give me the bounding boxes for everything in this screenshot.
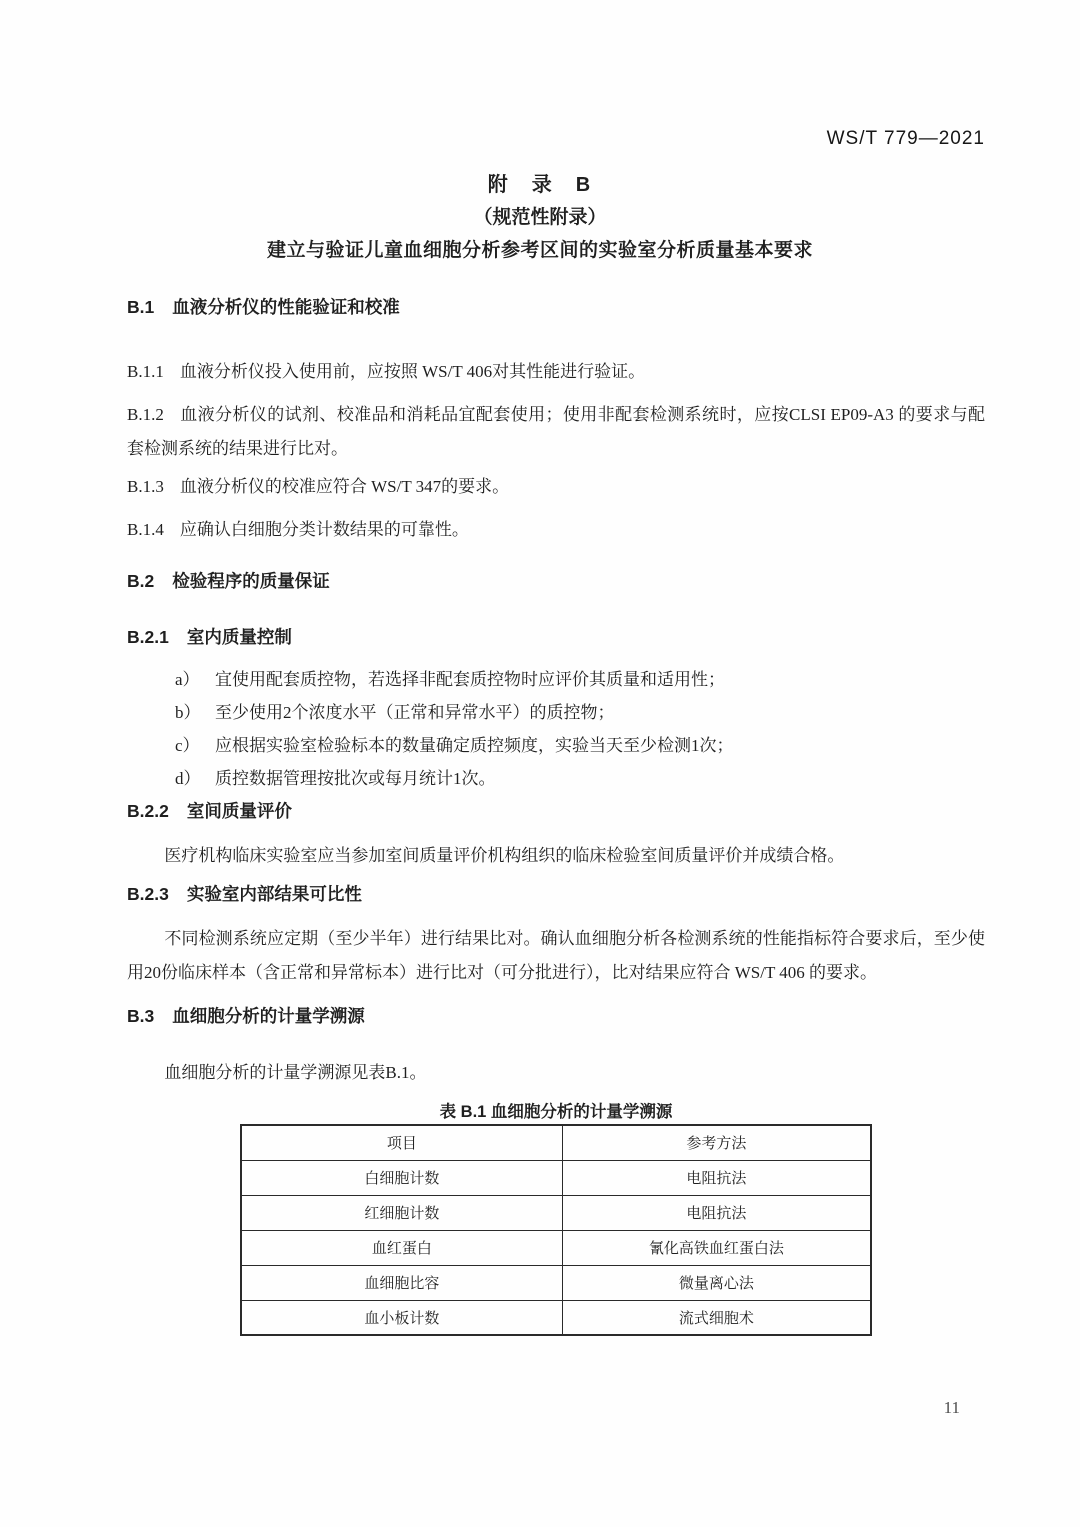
clause-text: 血液分析仪的校准应符合 WS/T 347的要求。 (180, 477, 509, 496)
list-marker: b） (175, 696, 215, 729)
list-text: 质控数据管理按批次或每月统计1次。 (215, 769, 496, 788)
section-number: B.1 (127, 295, 154, 319)
appendix-type: （规范性附录） (0, 205, 1080, 231)
table-caption: 表 B.1 血细胞分析的计量学溯源 (127, 1100, 985, 1124)
list-item: c）应根据实验室检验标本的数量确定质控频度，实验当天至少检测1次； (175, 729, 985, 762)
page-content: WS/T 779—2021 附 录 B （规范性附录） 建立与验证儿童血细胞分析… (0, 0, 1080, 1336)
clause-number: B.1.3 (127, 477, 164, 496)
page-number: 11 (944, 1398, 960, 1418)
section-b2-1-heading: B.2.1室内质量控制 (127, 625, 985, 649)
clause-b2-2-text: 医疗机构临床实验室应当参加室间质量评价机构组织的临床检验室间质量评价并成绩合格。 (127, 839, 985, 873)
section-b2-2-heading: B.2.2室间质量评价 (127, 799, 985, 823)
table-header-item: 项目 (241, 1125, 562, 1160)
clause-b3-text: 血细胞分析的计量学溯源见表B.1。 (127, 1056, 985, 1090)
list-text: 至少使用2个浓度水平（正常和异常水平）的质控物； (215, 703, 615, 722)
list-marker: a） (175, 663, 215, 696)
title-block: 附 录 B （规范性附录） 建立与验证儿童血细胞分析参考区间的实验室分析质量基本… (0, 172, 1080, 264)
section-title: 检验程序的质量保证 (172, 571, 330, 591)
section-number: B.2.2 (127, 799, 169, 823)
clause-number: B.1.4 (127, 520, 164, 539)
clause-b2-3-text: 不同检测系统应定期（至少半年）进行结果比对。确认血细胞分析各检测系统的性能指标符… (127, 922, 985, 990)
table-cell-item: 血细胞比容 (241, 1265, 562, 1300)
clause-text: 应确认白细胞分类计数结果的可靠性。 (180, 520, 469, 539)
clause-b1-1: B.1.1血液分析仪投入使用前，应按照 WS/T 406对其性能进行验证。 (127, 355, 985, 389)
section-b1-heading: B.1血液分析仪的性能验证和校准 (127, 295, 985, 319)
standard-code: WS/T 779—2021 (127, 128, 985, 150)
table-cell-item: 白细胞计数 (241, 1160, 562, 1195)
list-text: 宜使用配套质控物，若选择非配套质控物时应评价其质量和适用性； (215, 670, 725, 689)
list-item: d）质控数据管理按批次或每月统计1次。 (175, 762, 985, 795)
clause-number: B.1.1 (127, 362, 164, 381)
table-cell-item: 红细胞计数 (241, 1195, 562, 1230)
section-title: 实验室内部结果可比性 (187, 884, 362, 904)
section-title: 室间质量评价 (187, 801, 292, 821)
section-title: 血液分析仪的性能验证和校准 (172, 297, 400, 317)
appendix-title: 附 录 B (0, 172, 1080, 198)
table-row: 血小板计数 流式细胞术 (241, 1300, 871, 1335)
section-number: B.3 (127, 1004, 154, 1028)
section-b3-heading: B.3血细胞分析的计量学溯源 (127, 1004, 985, 1028)
list-marker: d） (175, 762, 215, 795)
table-row: 红细胞计数 电阻抗法 (241, 1195, 871, 1230)
table-row: 血细胞比容 微量离心法 (241, 1265, 871, 1300)
section-b2-3-heading: B.2.3实验室内部结果可比性 (127, 882, 985, 906)
table-cell-method: 流式细胞术 (562, 1300, 871, 1335)
list-text: 应根据实验室检验标本的数量确定质控频度，实验当天至少检测1次； (215, 736, 734, 755)
section-number: B.2.1 (127, 625, 169, 649)
table-cell-item: 血小板计数 (241, 1300, 562, 1335)
clause-b1-2: B.1.2血液分析仪的试剂、校准品和消耗品宜配套使用；使用非配套检测系统时，应按… (127, 398, 985, 466)
list-marker: c） (175, 729, 215, 762)
table-cell-method: 氰化高铁血红蛋白法 (562, 1230, 871, 1265)
section-number: B.2.3 (127, 882, 169, 906)
section-b2-heading: B.2检验程序的质量保证 (127, 569, 985, 593)
list-item: b）至少使用2个浓度水平（正常和异常水平）的质控物； (175, 696, 985, 729)
clause-text: 血液分析仪投入使用前，应按照 WS/T 406对其性能进行验证。 (180, 362, 645, 381)
traceability-table: 项目 参考方法 白细胞计数 电阻抗法 红细胞计数 电阻抗法 血红蛋白 氰化高铁血… (240, 1124, 872, 1336)
table-row: 血红蛋白 氰化高铁血红蛋白法 (241, 1230, 871, 1265)
section-title: 室内质量控制 (187, 627, 292, 647)
clause-number: B.1.2 (127, 405, 164, 424)
list-item: a）宜使用配套质控物，若选择非配套质控物时应评价其质量和适用性； (175, 663, 985, 696)
section-number: B.2 (127, 569, 154, 593)
section-title: 血细胞分析的计量学溯源 (172, 1006, 365, 1026)
clause-b1-4: B.1.4应确认白细胞分类计数结果的可靠性。 (127, 513, 985, 547)
table-header-row: 项目 参考方法 (241, 1125, 871, 1160)
qc-requirements-list: a）宜使用配套质控物，若选择非配套质控物时应评价其质量和适用性； b）至少使用2… (127, 663, 985, 795)
appendix-subject: 建立与验证儿童血细胞分析参考区间的实验室分析质量基本要求 (0, 238, 1080, 264)
document-page: WS/T 779—2021 附 录 B （规范性附录） 建立与验证儿童血细胞分析… (0, 0, 1080, 1527)
clause-b1-3: B.1.3血液分析仪的校准应符合 WS/T 347的要求。 (127, 470, 985, 504)
table-cell-method: 微量离心法 (562, 1265, 871, 1300)
table-cell-method: 电阻抗法 (562, 1160, 871, 1195)
table-cell-method: 电阻抗法 (562, 1195, 871, 1230)
clause-text: 血液分析仪的试剂、校准品和消耗品宜配套使用；使用非配套检测系统时，应按CLSI … (127, 405, 985, 458)
table-header-method: 参考方法 (562, 1125, 871, 1160)
table-cell-item: 血红蛋白 (241, 1230, 562, 1265)
table-row: 白细胞计数 电阻抗法 (241, 1160, 871, 1195)
